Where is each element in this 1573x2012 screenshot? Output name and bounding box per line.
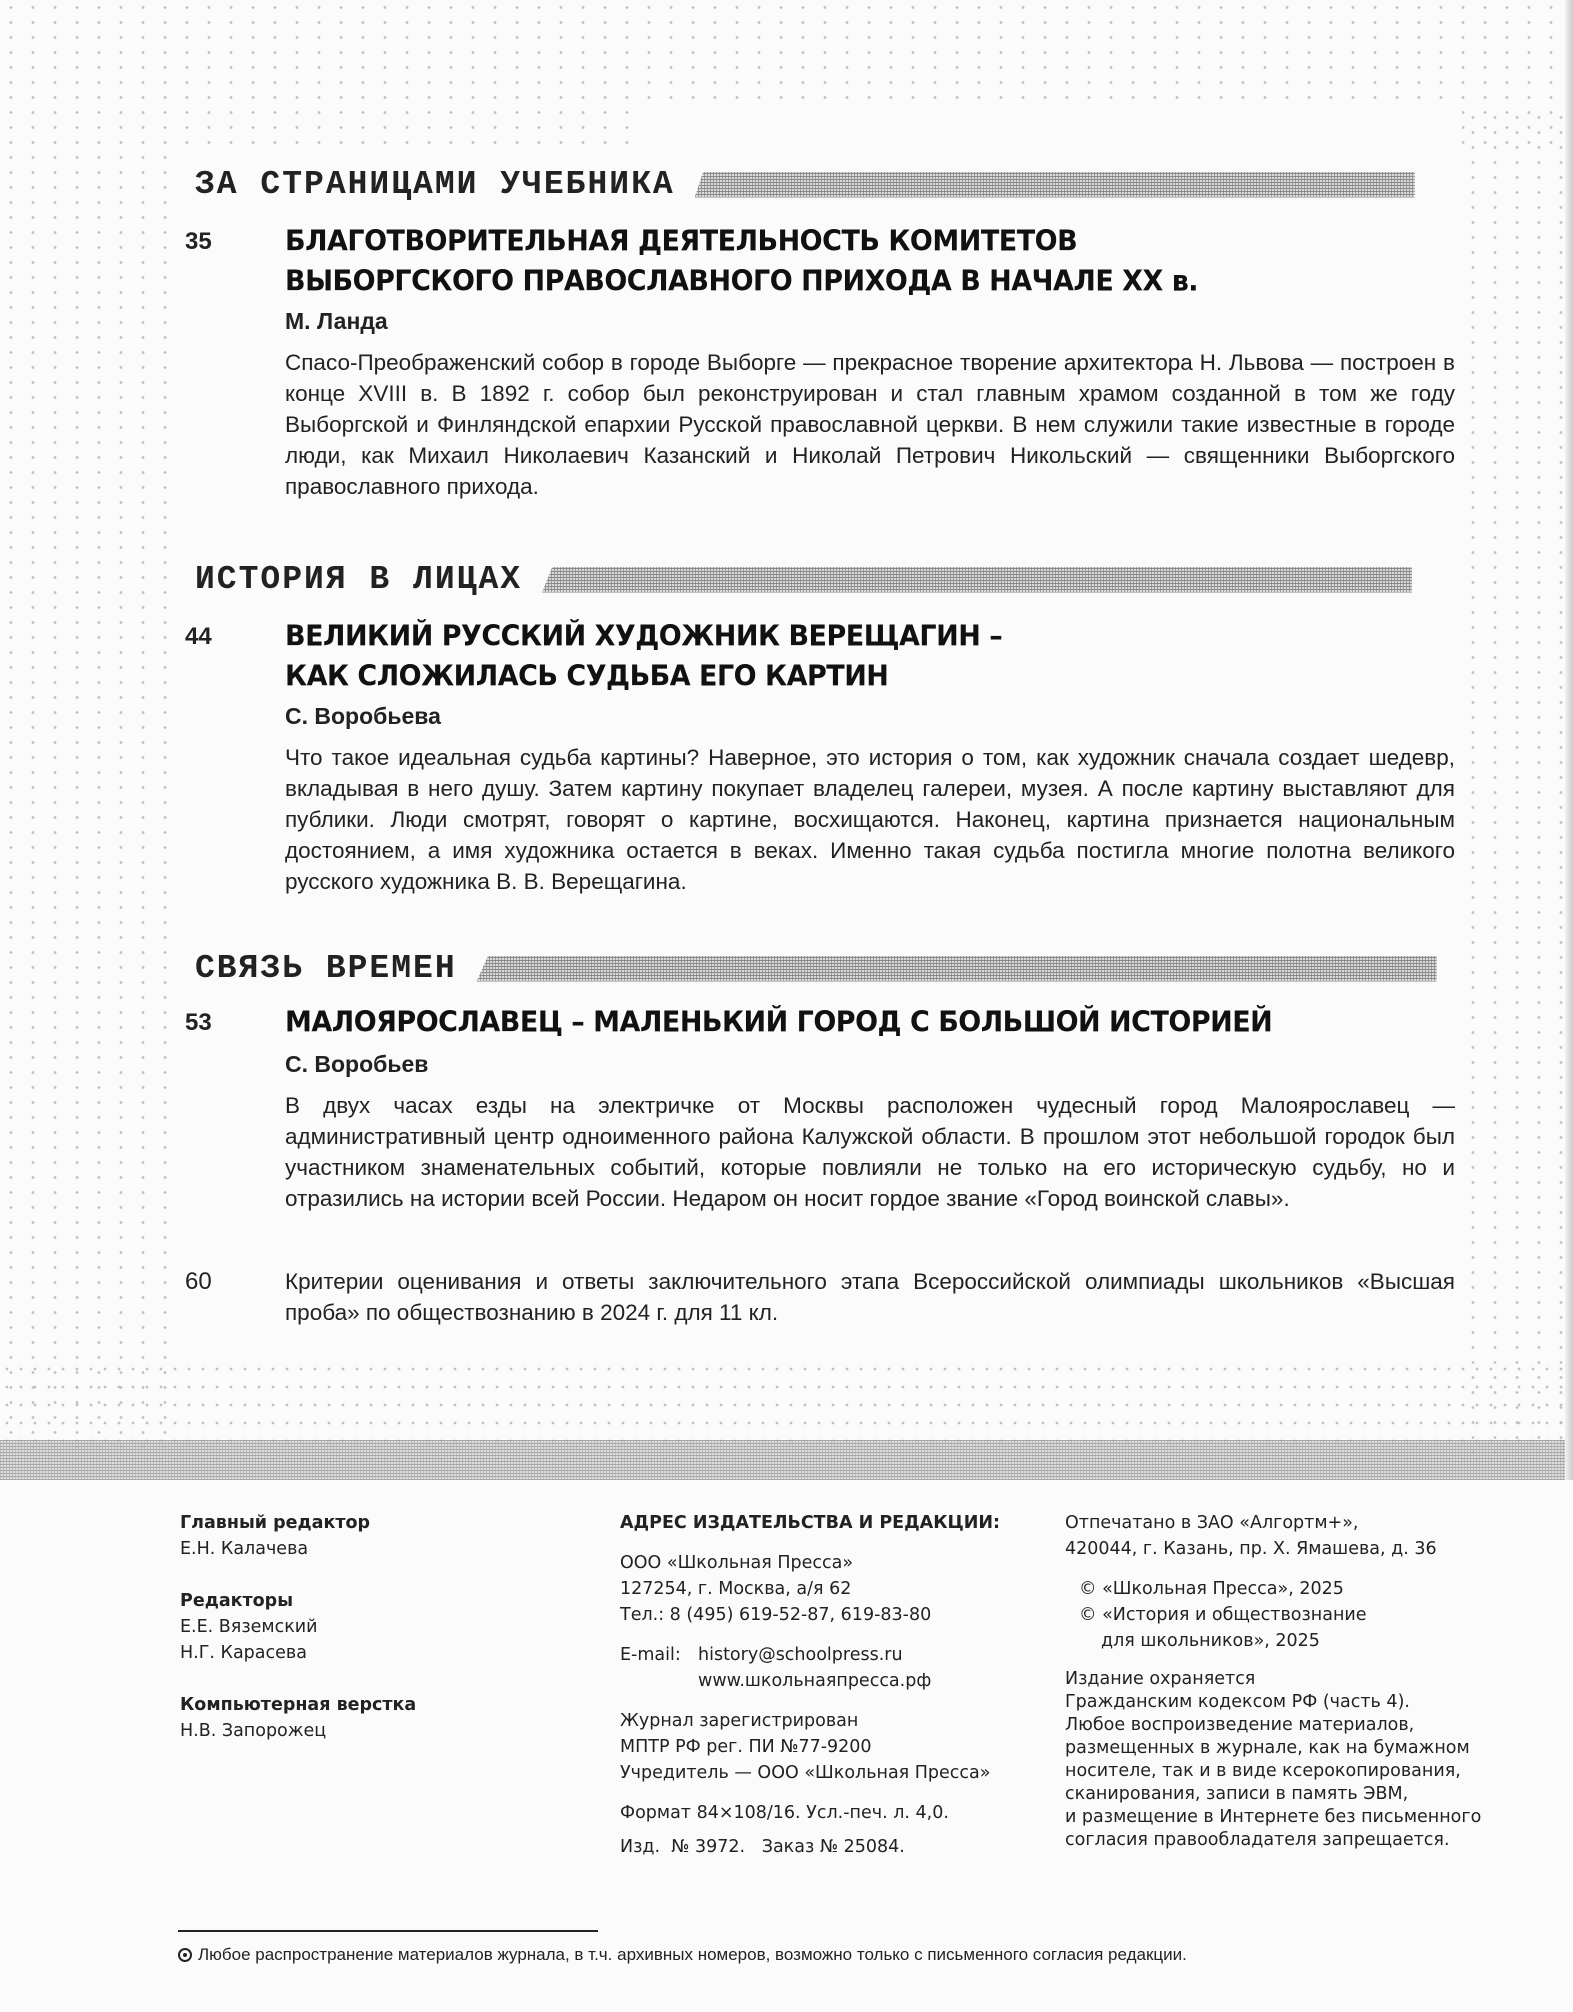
page-edge-shadow: [1565, 0, 1573, 1480]
toc-entry[interactable]: 53 МАЛОЯРОСЛАВЕЦ – МАЛЕНЬКИЙ ГОРОД С БОЛ…: [185, 1003, 1455, 1214]
legal-line: носителе, так и в виде ксерокопирования,: [1065, 1760, 1505, 1783]
registration-line: Журнал зарегистрирован: [620, 1708, 1000, 1734]
registration-line: МПТР РФ рег. ПИ №77-9200: [620, 1734, 1000, 1760]
layout-label: Компьютерная верстка: [180, 1692, 416, 1718]
phone-line: Тел.: 8 (495) 619-52-87, 619-83-80: [620, 1602, 1000, 1628]
editor-in-chief-name: Е.Н. Калачева: [180, 1536, 416, 1562]
page-number: 53: [185, 1009, 245, 1037]
article-summary: В двух часах езды на электричке от Москв…: [285, 1090, 1455, 1214]
section-title: ИСТОРИЯ В ЛИЦАХ: [195, 561, 522, 598]
format-line: Формат 84×108/16. Усл.-печ. л. 4,0.: [620, 1800, 1000, 1826]
article-title-line: МАЛОЯРОСЛАВЕЦ – МАЛЕНЬКИЙ ГОРОД С БОЛЬШО…: [285, 1003, 1455, 1043]
section-header: СВЯЗЬ ВРЕМЕН: [195, 950, 1437, 987]
legal-line: и размещение в Интернете без письменного: [1065, 1806, 1505, 1829]
section-bar: [695, 172, 1415, 198]
order-line: Изд. № 3972. Заказ № 25084.: [620, 1834, 1000, 1860]
halftone-pattern-right: [1462, 110, 1573, 1460]
legal-line: согласия правообладателя запрещается.: [1065, 1829, 1505, 1852]
copyright-line: © «Школьная Пресса», 2025: [1065, 1576, 1505, 1602]
legal-line: Гражданским кодексом РФ (часть 4).: [1065, 1691, 1505, 1714]
section-header: ИСТОРИЯ В ЛИЦАХ: [195, 561, 1412, 598]
imprint-staff: Главный редактор Е.Н. Калачева Редакторы…: [180, 1510, 416, 1744]
legal-line: Издание охраняется: [1065, 1668, 1505, 1691]
article-author: М. Ланда: [285, 308, 1455, 335]
page-number: 60: [185, 1268, 245, 1296]
editors-label: Редакторы: [180, 1588, 416, 1614]
section-header: ЗА СТРАНИЦАМИ УЧЕБНИКА: [195, 166, 1415, 203]
printer-address: 420044, г. Казань, пр. Х. Ямашева, д. 36: [1065, 1536, 1505, 1562]
article-title-line: ВЕЛИКИЙ РУССКИЙ ХУДОЖНИК ВЕРЕЩАГИН –: [285, 617, 1455, 657]
toc-entry[interactable]: 44 ВЕЛИКИЙ РУССКИЙ ХУДОЖНИК ВЕРЕЩАГИН – …: [185, 617, 1455, 897]
founder-line: Учредитель — ООО «Школьная Пресса»: [620, 1760, 1000, 1786]
email-label: E-mail:: [620, 1642, 698, 1668]
address-label: АДРЕС ИЗДАТЕЛЬСТВА И РЕДАКЦИИ:: [620, 1510, 1000, 1536]
article-author: С. Воробьев: [285, 1051, 1455, 1078]
copyright-line: для школьников», 2025: [1065, 1628, 1505, 1654]
website-link[interactable]: www.школьнаяпресса.рф: [620, 1668, 1000, 1694]
editor-name: Н.Г. Карасева: [180, 1640, 416, 1666]
legal-line: Любое воспроизведение материалов,: [1065, 1714, 1505, 1737]
printer-line: Отпечатано в ЗАО «Алгортм+»,: [1065, 1510, 1505, 1536]
toc-entry[interactable]: 60 Критерии оценивания и ответы заключит…: [185, 1266, 1455, 1328]
article-title-line: КАК СЛОЖИЛАСЬ СУДЬБА ЕГО КАРТИН: [285, 657, 1455, 697]
toc-entry[interactable]: 35 БЛАГОТВОРИТЕЛЬНАЯ ДЕЯТЕЛЬНОСТЬ КОМИТЕ…: [185, 222, 1455, 502]
address-line: 127254, г. Москва, а/я 62: [620, 1576, 1000, 1602]
article-author: С. Воробьева: [285, 703, 1455, 730]
editor-in-chief-label: Главный редактор: [180, 1510, 416, 1536]
section-bar: [477, 956, 1437, 982]
halftone-band: [0, 1440, 1573, 1480]
footnote: Любое распространение материалов журнала…: [178, 1945, 1187, 1965]
imprint-address: АДРЕС ИЗДАТЕЛЬСТВА И РЕДАКЦИИ: ООО «Школ…: [620, 1510, 1000, 1860]
page-number: 44: [185, 623, 245, 651]
legal-line: сканирования, записи в память ЭВМ,: [1065, 1783, 1505, 1806]
article-title-line: ВЫБОРГСКОГО ПРАВОСЛАВНОГО ПРИХОДА В НАЧА…: [285, 262, 1455, 302]
halftone-pattern-left: [0, 150, 178, 1460]
article-summary: Что такое идеальная судьба картины? Наве…: [285, 742, 1455, 897]
bullet-circle-icon: [178, 1948, 192, 1962]
copyright-line: © «История и обществознание: [1065, 1602, 1505, 1628]
section-title: СВЯЗЬ ВРЕМЕН: [195, 950, 457, 987]
section-title: ЗА СТРАНИЦАМИ УЧЕБНИКА: [195, 166, 675, 203]
layout-designer-name: Н.В. Запорожец: [180, 1718, 416, 1744]
email-link[interactable]: history@schoolpress.ru: [698, 1642, 903, 1668]
address-line: ООО «Школьная Пресса»: [620, 1550, 1000, 1576]
imprint-legal: Отпечатано в ЗАО «Алгортм+», 420044, г. …: [1065, 1510, 1505, 1852]
article-summary: Спасо-Преображенский собор в городе Выбо…: [285, 347, 1455, 502]
footnote-text: Любое распространение материалов журнала…: [198, 1945, 1187, 1965]
article-title[interactable]: ВЕЛИКИЙ РУССКИЙ ХУДОЖНИК ВЕРЕЩАГИН – КАК…: [285, 617, 1455, 697]
section-bar: [542, 567, 1412, 593]
article-title-line: БЛАГОТВОРИТЕЛЬНАЯ ДЕЯТЕЛЬНОСТЬ КОМИТЕТОВ: [285, 222, 1455, 262]
article-title[interactable]: МАЛОЯРОСЛАВЕЦ – МАЛЕНЬКИЙ ГОРОД С БОЛЬШО…: [285, 1003, 1455, 1043]
page-number: 35: [185, 228, 245, 256]
editor-name: Е.Е. Вяземский: [180, 1614, 416, 1640]
article-summary: Критерии оценивания и ответы заключитель…: [285, 1266, 1455, 1328]
article-title[interactable]: БЛАГОТВОРИТЕЛЬНАЯ ДЕЯТЕЛЬНОСТЬ КОМИТЕТОВ…: [285, 222, 1455, 302]
footnote-divider: [178, 1930, 598, 1932]
legal-line: размещенных в журнале, как на бумажном: [1065, 1737, 1505, 1760]
